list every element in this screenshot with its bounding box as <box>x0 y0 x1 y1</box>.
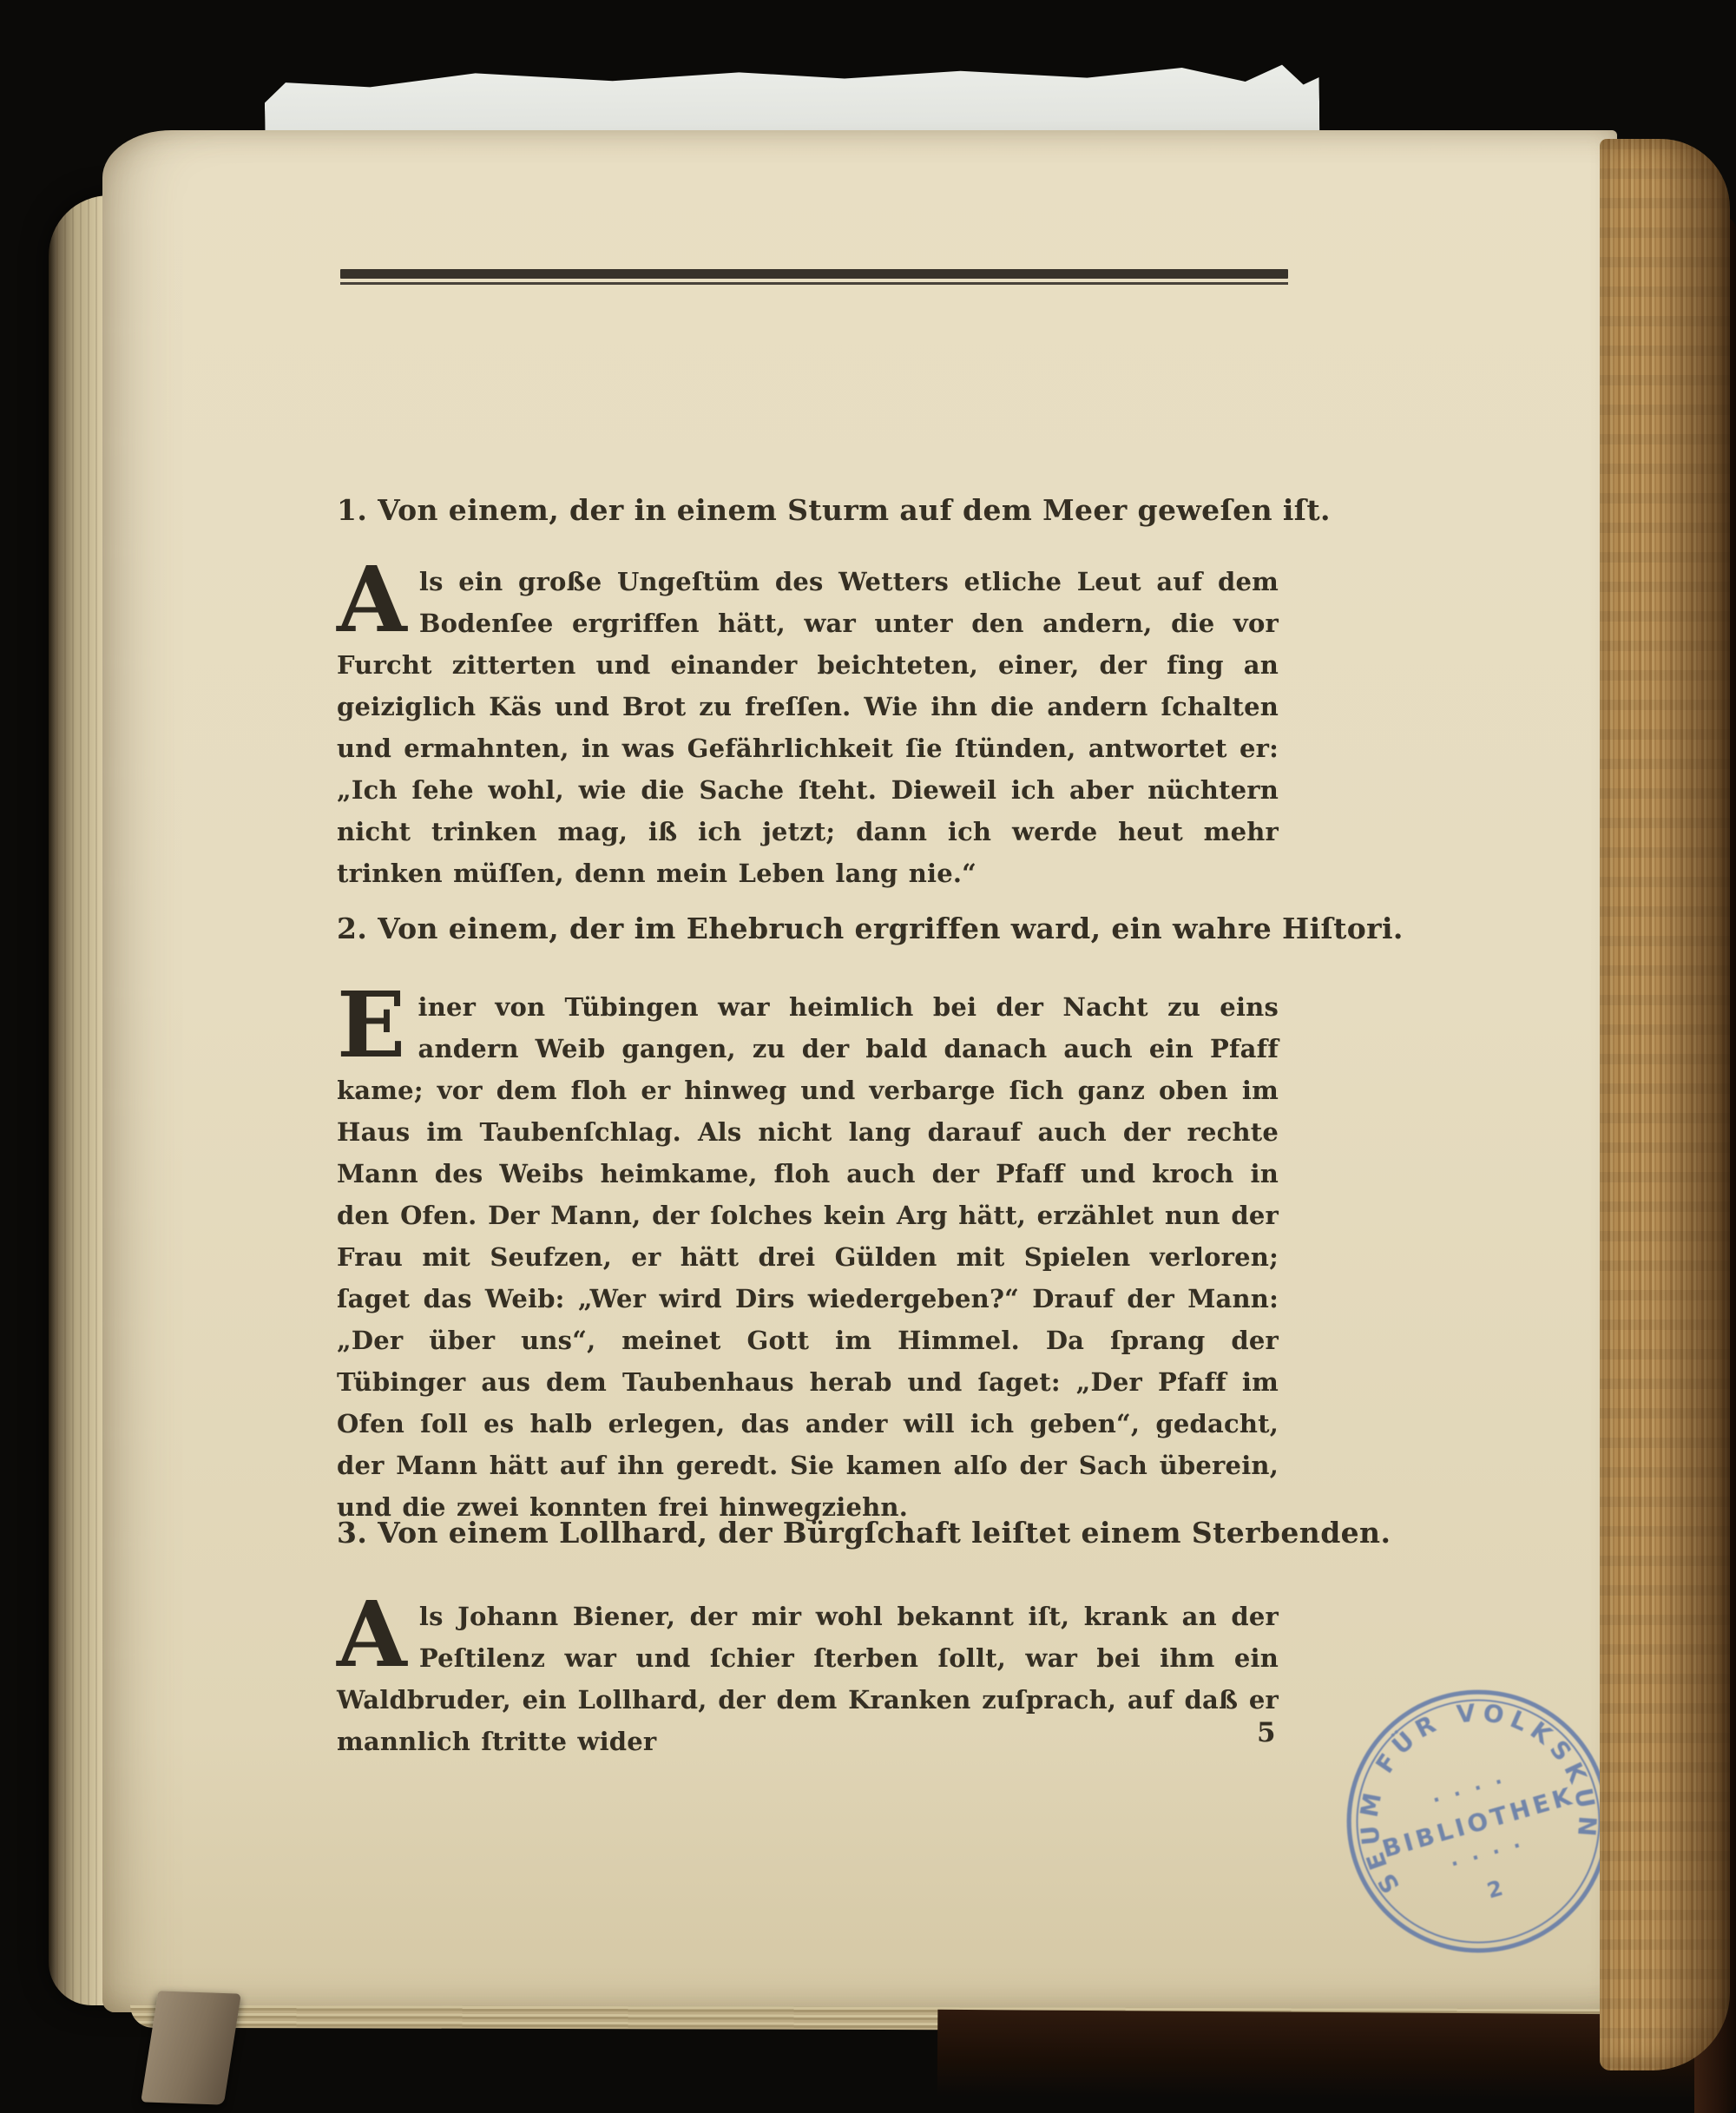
section-paragraph: Als Johann Biener, der mir wohl bekannt … <box>337 1596 1279 1762</box>
drop-cap: A <box>337 561 419 635</box>
section-heading: 1. Von einem, der in einem Sturm auf dem… <box>337 493 1279 527</box>
library-stamp: MUSEUM FÜR VOLKSKUNDE · · · · BIBLIOTHEK… <box>1312 1655 1644 1987</box>
section-paragraph: Einer von Tübingen war heimlich bei der … <box>337 986 1279 1528</box>
section-heading: 3. Von einem Lollhard, der Bürgſchaft le… <box>337 1516 1279 1550</box>
section-heading: 2. Von einem, der im Ehebruch ergriffen … <box>337 912 1279 945</box>
book-page: 1. Von einem, der in einem Sturm auf dem… <box>102 130 1617 2012</box>
fore-edge-pages <box>1600 139 1730 2070</box>
stamp-number: 2 <box>1484 1873 1511 1903</box>
top-rule-thick-line <box>340 269 1288 279</box>
paragraph-text: ls ein große Ungeſtüm des Wetters etlich… <box>337 567 1279 888</box>
top-rule <box>340 269 1288 285</box>
paragraph-text: ls Johann Biener, der mir wohl bekannt i… <box>337 1602 1279 1756</box>
book-photo: 1. Von einem, der in einem Sturm auf dem… <box>0 0 1736 2113</box>
drop-cap: A <box>337 1596 419 1670</box>
paragraph-text: iner von Tübingen war heimlich bei der N… <box>337 992 1279 1522</box>
ribbon-bookmark <box>141 1991 241 2104</box>
top-rule-thin-line <box>340 282 1288 285</box>
page-number: 5 <box>1257 1717 1309 1748</box>
drop-cap: E <box>337 986 418 1061</box>
section-paragraph: Als ein große Ungeſtüm des Wetters etlic… <box>337 561 1279 894</box>
